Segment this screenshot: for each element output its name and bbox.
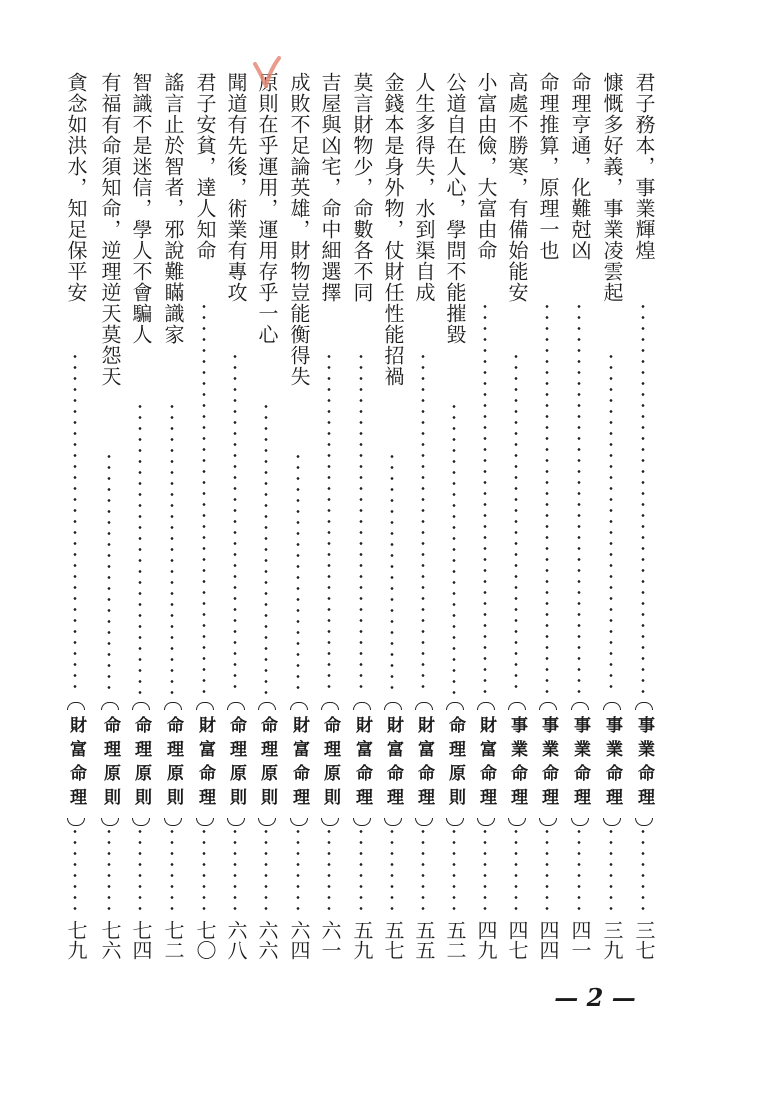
dot-leader (641, 301, 645, 694)
entry-category: 命理原則 (98, 702, 122, 826)
entry-category: 命理原則 (129, 702, 153, 826)
toc-entry[interactable]: 命理亨通，化難尅凶 事業命理 四一 (568, 72, 592, 982)
category-label: 財富命理 (382, 716, 404, 812)
entry-title: 君子務本，事業輝煌 (632, 72, 656, 261)
entry-category: 財富命理 (287, 702, 311, 826)
dot-leader (359, 826, 363, 914)
entry-page-number: 五二 (443, 920, 467, 960)
dot-leader (73, 826, 77, 914)
entry-page-number: 七二 (161, 920, 185, 960)
entry-title: 命理亨通，化難尅凶 (568, 72, 592, 261)
entry-category: 事業命理 (600, 702, 624, 826)
toc-entry[interactable]: 高處不勝寒，有備始能安 事業命理 四七 (505, 72, 529, 982)
close-paren-icon (321, 818, 339, 826)
dot-leader (359, 351, 363, 694)
toc-entry[interactable]: 命理推算，原理一也 事業命理 四四 (536, 72, 560, 982)
category-label: 財富命理 (288, 716, 310, 812)
category-label: 命理原則 (319, 716, 341, 812)
open-paren-icon (353, 702, 371, 710)
toc-entry[interactable]: 謠言止於智者，邪說難瞞識家 命理原則 七二 (161, 72, 185, 982)
dot-leader (545, 826, 549, 914)
category-label: 財富命理 (65, 716, 87, 812)
category-label: 財富命理 (413, 716, 435, 812)
entry-category: 命理原則 (224, 702, 248, 826)
dot-leader (514, 351, 518, 694)
dot-leader (296, 826, 300, 914)
toc-entry[interactable]: 莫言財物少，命數各不同 財富命理 五九 (350, 72, 374, 982)
entry-category: 事業命理 (568, 702, 592, 826)
entry-page-number: 六八 (224, 920, 248, 960)
category-label: 財富命理 (194, 716, 216, 812)
entry-category: 命理原則 (255, 702, 279, 826)
category-label: 事業命理 (601, 716, 623, 812)
dot-leader (609, 351, 613, 694)
close-paren-icon (635, 818, 653, 826)
dot-leader (641, 826, 645, 914)
open-paren-icon (508, 702, 526, 710)
entry-page-number: 五五 (412, 920, 436, 960)
category-label: 命理原則 (256, 716, 278, 812)
toc-entry[interactable]: 吉屋與凶宅，命中細選擇 命理原則 六一 (318, 72, 342, 982)
toc-entry[interactable]: 公道自在人心，學問不能摧毀 命理原則 五二 (443, 72, 467, 982)
entry-page-number: 四九 (474, 920, 498, 960)
entry-title: 吉屋與凶宅，命中細選擇 (318, 72, 342, 303)
dot-leader (170, 826, 174, 914)
category-label: 命理原則 (99, 716, 121, 812)
close-paren-icon (67, 818, 85, 826)
entry-category: 財富命理 (64, 702, 88, 826)
entry-page-number: 五九 (350, 920, 374, 960)
entry-title: 人生多得失，水到渠自成 (412, 72, 436, 303)
dot-leader (264, 401, 268, 694)
entry-category: 事業命理 (505, 702, 529, 826)
dot-leader (483, 826, 487, 914)
entry-title: 命理推算，原理一也 (536, 72, 560, 261)
close-paren-icon (508, 818, 526, 826)
entry-category: 財富命理 (193, 702, 217, 826)
open-paren-icon (258, 702, 276, 710)
dot-leader (202, 826, 206, 914)
dot-leader (138, 401, 142, 694)
entry-title: 智識不是迷信，學人不會騙人 (129, 72, 153, 345)
dot-leader (138, 826, 142, 914)
dot-leader (577, 826, 581, 914)
toc-entry[interactable]: 君子務本，事業輝煌 事業命理 三七 (632, 72, 656, 982)
entry-category: 命理原則 (318, 702, 342, 826)
close-paren-icon (539, 818, 557, 826)
entry-title: 公道自在人心，學問不能摧毀 (443, 72, 467, 345)
entry-page-number: 四四 (536, 920, 560, 960)
category-label: 命理原則 (162, 716, 184, 812)
open-paren-icon (290, 702, 308, 710)
toc-entry[interactable]: 貪念如洪水，知足保平安 財富命理 七九 (64, 72, 88, 982)
category-label: 命理原則 (225, 716, 247, 812)
toc-entry[interactable]: 成敗不足論英雄，財物豈能衡得失 財富命理 六四 (287, 72, 311, 982)
entry-title: 金錢本是身外物，仗財任性能招禍 (381, 72, 405, 387)
close-paren-icon (132, 818, 150, 826)
entry-title: 有福有命須知命，逆理逆天莫怨天 (98, 72, 122, 387)
entry-page-number: 七〇 (193, 920, 217, 960)
open-paren-icon (571, 702, 589, 710)
check-mark-icon (252, 56, 282, 88)
open-paren-icon (132, 702, 150, 710)
dot-leader (452, 826, 456, 914)
entry-page-number: 四七 (505, 920, 529, 960)
open-paren-icon (446, 702, 464, 710)
entry-title: 君子安貧，達人知命 (193, 72, 217, 261)
entry-category: 財富命理 (381, 702, 405, 826)
toc-entry[interactable]: 智識不是迷信，學人不會騙人 命理原則 七四 (129, 72, 153, 982)
open-paren-icon (67, 702, 85, 710)
entry-page-number: 五七 (381, 920, 405, 960)
entry-title: 小富由儉，大富由命 (474, 72, 498, 261)
toc-entry[interactable]: 小富由儉，大富由命 財富命理 四九 (474, 72, 498, 982)
toc-entry[interactable]: 聞道有先後，術業有專攻 命理原則 六八 (224, 72, 248, 982)
close-paren-icon (290, 818, 308, 826)
dot-leader (609, 826, 613, 914)
entry-category: 財富命理 (350, 702, 374, 826)
category-label: 事業命理 (537, 716, 559, 812)
close-paren-icon (353, 818, 371, 826)
close-paren-icon (258, 818, 276, 826)
open-paren-icon (384, 702, 402, 710)
dot-leader (233, 351, 237, 694)
open-paren-icon (227, 702, 245, 710)
open-paren-icon (196, 702, 214, 710)
entry-title: 聞道有先後，術業有專攻 (224, 72, 248, 303)
open-paren-icon (603, 702, 621, 710)
page-number-footer: — 2 — (540, 983, 650, 1012)
dot-leader (202, 301, 206, 694)
entry-page-number: 七九 (64, 920, 88, 960)
dot-leader (421, 826, 425, 914)
category-label: 命理原則 (444, 716, 466, 812)
open-paren-icon (635, 702, 653, 710)
entry-page-number: 三九 (600, 920, 624, 960)
category-label: 財富命理 (475, 716, 497, 812)
dot-leader (327, 826, 331, 914)
toc-entry[interactable]: 原則在乎運用，運用存乎一心 命理原則 六六 (255, 72, 279, 982)
close-paren-icon (603, 818, 621, 826)
entry-page-number: 三七 (632, 920, 656, 960)
dot-leader (107, 451, 111, 694)
close-paren-icon (571, 818, 589, 826)
entry-title: 慷慨多好義，事業凌雲起 (600, 72, 624, 303)
entry-title: 原則在乎運用，運用存乎一心 (255, 72, 279, 345)
category-label: 事業命理 (506, 716, 528, 812)
open-paren-icon (415, 702, 433, 710)
entry-page-number: 七六 (98, 920, 122, 960)
category-label: 命理原則 (130, 716, 152, 812)
entry-title: 謠言止於智者，邪說難瞞識家 (161, 72, 185, 345)
close-paren-icon (477, 818, 495, 826)
close-paren-icon (196, 818, 214, 826)
dot-leader (264, 826, 268, 914)
toc-entry[interactable]: 慷慨多好義，事業凌雲起 事業命理 三九 (600, 72, 624, 982)
dot-leader (483, 301, 487, 694)
category-label: 事業命理 (569, 716, 591, 812)
close-paren-icon (101, 818, 119, 826)
entry-title: 成敗不足論英雄，財物豈能衡得失 (287, 72, 311, 387)
entry-page-number: 七四 (129, 920, 153, 960)
close-paren-icon (384, 818, 402, 826)
open-paren-icon (101, 702, 119, 710)
entry-page-number: 六一 (318, 920, 342, 960)
toc-page: 君子務本，事業輝煌 事業命理 三七 慷慨多好義，事業凌雲起 事業命理 三九 命理… (0, 0, 757, 1098)
category-label: 財富命理 (351, 716, 373, 812)
dot-leader (233, 826, 237, 914)
toc-entry[interactable]: 金錢本是身外物，仗財任性能招禍 財富命理 五七 (381, 72, 405, 982)
dot-leader (107, 826, 111, 914)
open-paren-icon (539, 702, 557, 710)
open-paren-icon (477, 702, 495, 710)
entry-category: 事業命理 (632, 702, 656, 826)
dot-leader (421, 351, 425, 694)
dot-leader (327, 351, 331, 694)
entry-page-number: 六四 (287, 920, 311, 960)
close-paren-icon (164, 818, 182, 826)
dot-leader (73, 351, 77, 694)
entry-category: 命理原則 (161, 702, 185, 826)
category-label: 事業命理 (633, 716, 655, 812)
open-paren-icon (164, 702, 182, 710)
close-paren-icon (227, 818, 245, 826)
entry-category: 財富命理 (474, 702, 498, 826)
toc-entry[interactable]: 人生多得失，水到渠自成 財富命理 五五 (412, 72, 436, 982)
toc-entry[interactable]: 君子安貧，達人知命 財富命理 七〇 (193, 72, 217, 982)
toc-entry[interactable]: 有福有命須知命，逆理逆天莫怨天 命理原則 七六 (98, 72, 122, 982)
dot-leader (170, 401, 174, 694)
entry-page-number: 四一 (568, 920, 592, 960)
close-paren-icon (415, 818, 433, 826)
dot-leader (390, 826, 394, 914)
dot-leader (545, 301, 549, 694)
dot-leader (296, 451, 300, 694)
entry-title: 高處不勝寒，有備始能安 (505, 72, 529, 303)
entry-title: 貪念如洪水，知足保平安 (64, 72, 88, 303)
dot-leader (514, 826, 518, 914)
entry-page-number: 六六 (255, 920, 279, 960)
dot-leader (452, 401, 456, 694)
entry-title: 莫言財物少，命數各不同 (350, 72, 374, 303)
entry-category: 命理原則 (443, 702, 467, 826)
entry-category: 事業命理 (536, 702, 560, 826)
open-paren-icon (321, 702, 339, 710)
dot-leader (390, 451, 394, 694)
entry-category: 財富命理 (412, 702, 436, 826)
dot-leader (577, 301, 581, 694)
close-paren-icon (446, 818, 464, 826)
